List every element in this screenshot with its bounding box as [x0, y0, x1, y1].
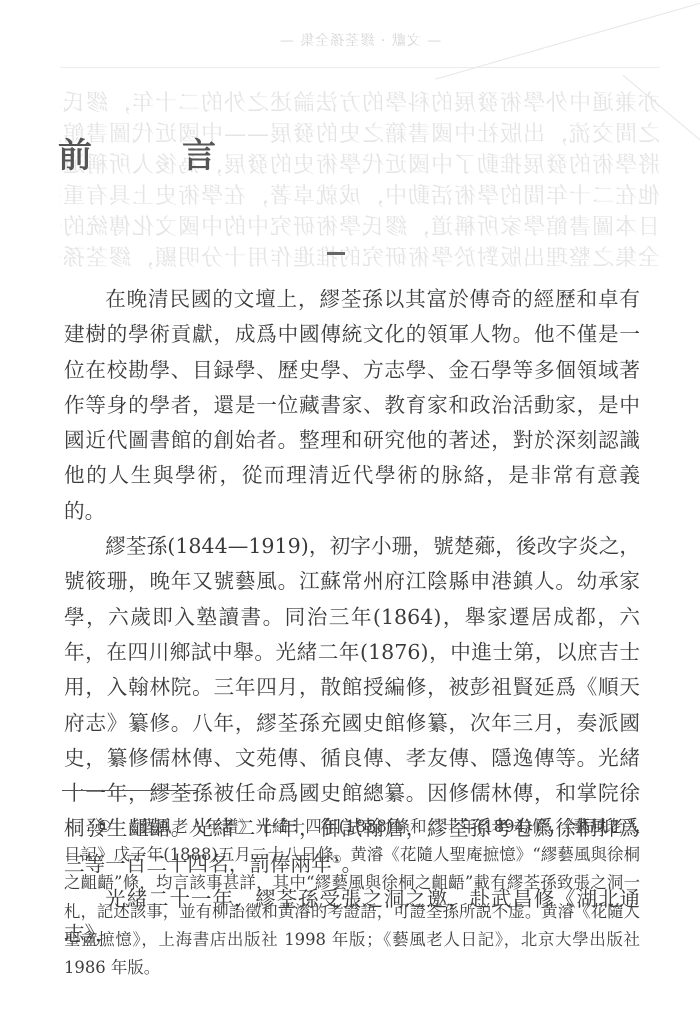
footnote-marker: ①	[97, 817, 112, 836]
paragraph: 在晚清民國的文壇上，繆荃孫以其富於傳奇的經歷和卓有建樹的學術貢獻，成爲中國傳統文…	[64, 282, 640, 529]
footnotes: ①《藝風老人年譜》光緒十四年(1888)條和二十年(1894)條、《藝風老人日記…	[64, 813, 640, 982]
footnote-text: 《藝風老人年譜》光緒十四年(1888)條和二十年(1894)條、《藝風老人日記》…	[64, 817, 640, 977]
show-through-line: 他在二十年間的學術活動中，成就卓著，在學術史上具有重要地位。	[60, 181, 660, 212]
paper-scratch	[623, 75, 700, 146]
show-through-line: 全集之整理出版對於學術研究的推進作用十分明顯，繆荃孫全集的	[60, 243, 660, 274]
show-through-line: 亦兼通中外學術發展的科學的方法論述之外的二十年，繆氏為學術	[60, 88, 660, 119]
show-through-line: 日本圖書館學家所稱道，繆氏學術研究中的中國文化傳統的傳承者	[60, 212, 660, 243]
paper-scratch	[435, 1, 700, 79]
page-title: 前 言	[58, 136, 244, 176]
footnote: ①《藝風老人年譜》光緒十四年(1888)條和二十年(1894)條、《藝風老人日記…	[64, 813, 640, 982]
show-through-text: 亦兼通中外學術發展的科學的方法論述之外的二十年，繆氏為學術 之間交流，出版社中國…	[60, 88, 660, 274]
footnote-divider	[62, 790, 198, 791]
section-numeral-one	[327, 252, 345, 255]
show-through-header: — 文獻 · 繆荃孫全集 —	[60, 26, 660, 68]
